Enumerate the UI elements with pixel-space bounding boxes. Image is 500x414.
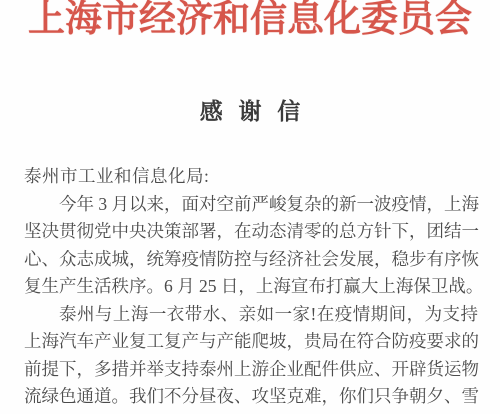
letter-salutation: 泰州市工业和信息化局: <box>24 163 478 191</box>
letterhead-org-name: 上海市经济和信息化委员会 <box>0 0 500 42</box>
body-line: 心、众志成城，统筹疫情防控与经济社会发展，稳步有序恢 <box>24 246 478 274</box>
body-line: 今年 3 月以来，面对空前严峻复杂的新一波疫情，上海 <box>24 191 478 219</box>
body-line: 泰州与上海一衣带水、亲如一家!在疫情期间，为支持 <box>24 301 478 329</box>
body-line: 流绿色通道。我们不分昼夜、攻坚克难，你们只争朝夕、雪 <box>24 383 478 411</box>
body-line: 前提下，多措并举支持泰州上游企业配件供应、开辟货运物 <box>24 356 478 384</box>
body-line: 复生产生活秩序。6 月 25 日，上海宣布打赢大上海保卫战。 <box>24 273 478 301</box>
letter-body: 泰州市工业和信息化局: 今年 3 月以来，面对空前严峻复杂的新一波疫情，上海坚决… <box>0 163 500 411</box>
body-line: 上海汽车产业复工复产与产能爬坡，贵局在符合防疫要求的 <box>24 328 478 356</box>
body-line: 坚决贯彻党中央决策部署，在动态清零的总方针下，团结一 <box>24 218 478 246</box>
letter-title: 感 谢 信 <box>0 98 500 126</box>
scanned-letter-page: 上海市经济和信息化委员会 感 谢 信 泰州市工业和信息化局: 今年 3 月以来，… <box>0 0 500 414</box>
letter-paragraph-lines: 今年 3 月以来，面对空前严峻复杂的新一波疫情，上海坚决贯彻党中央决策部署，在动… <box>24 191 478 411</box>
